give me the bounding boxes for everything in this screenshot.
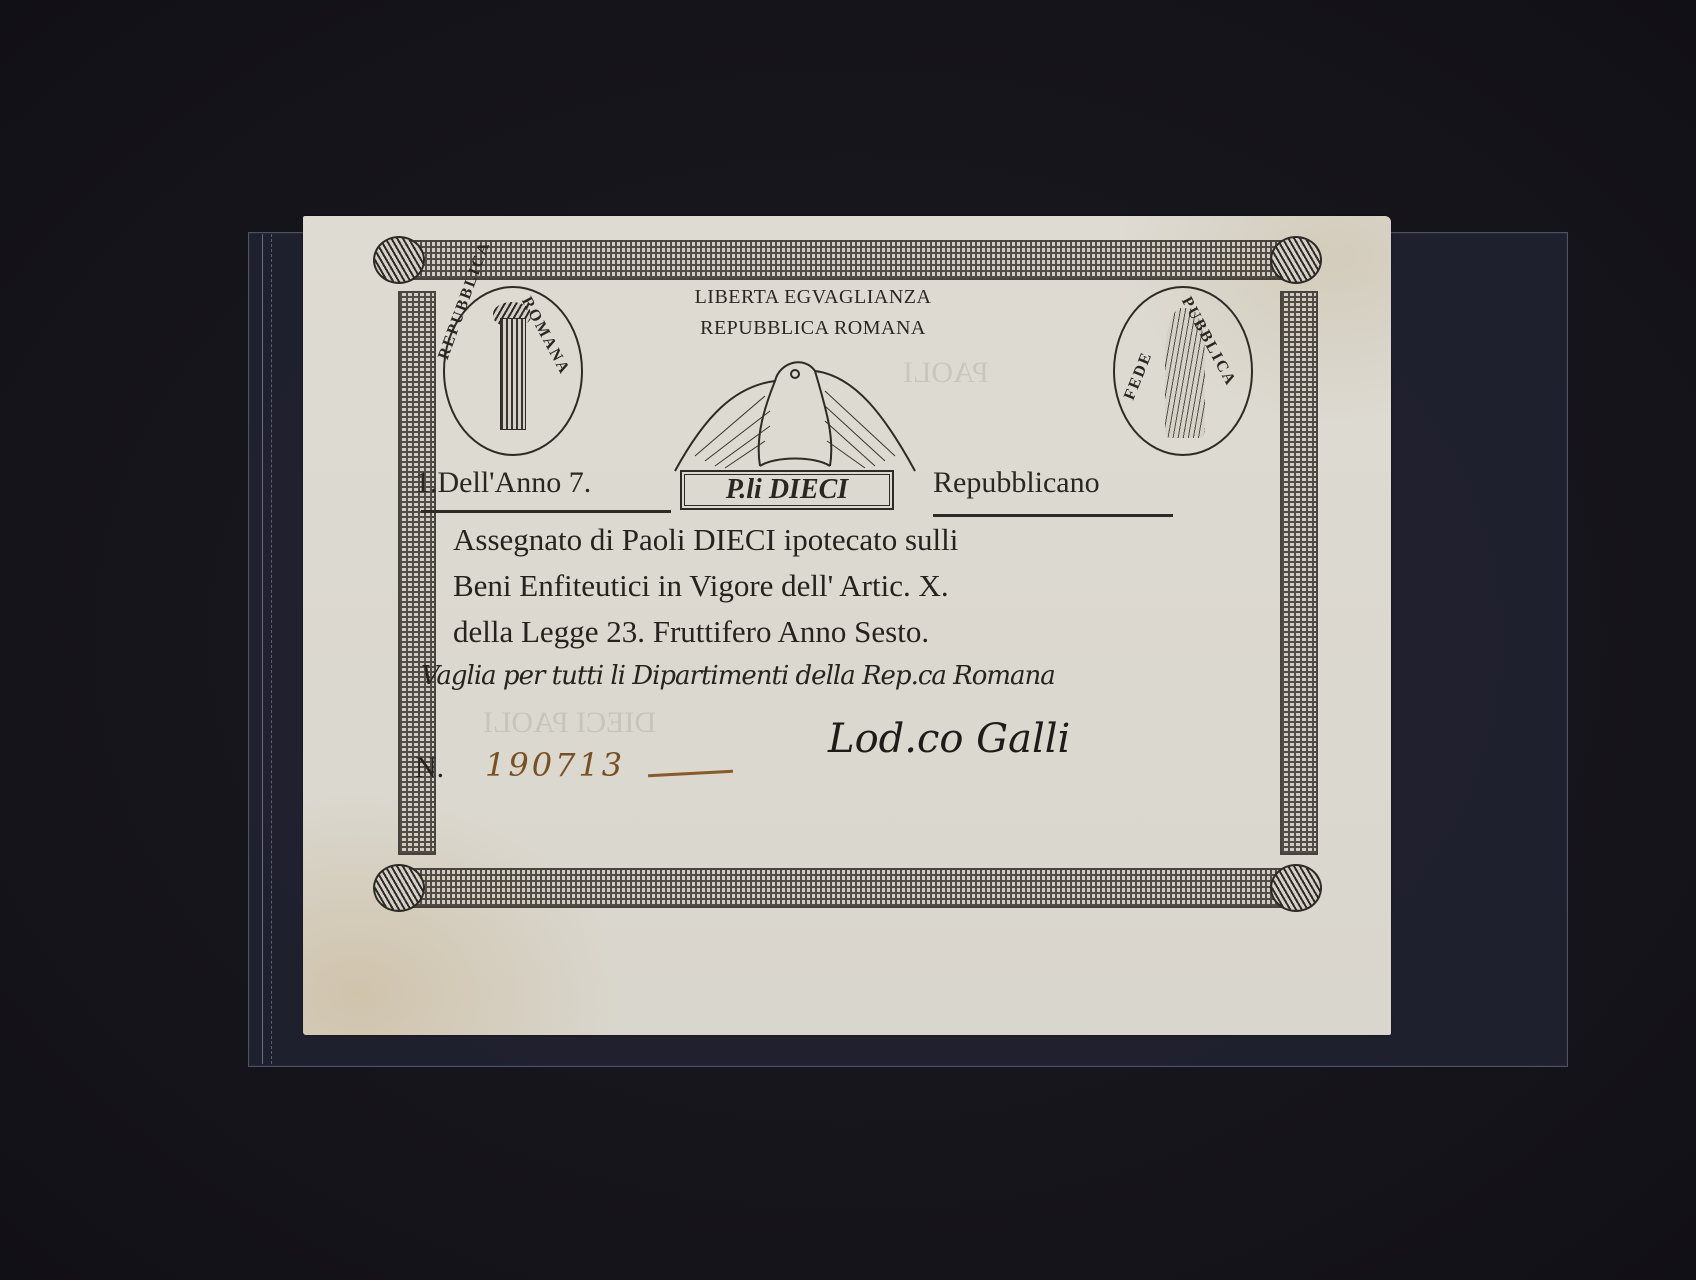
- denomination-box: P.li DIECI: [680, 470, 894, 510]
- rule-right: [933, 514, 1173, 517]
- body-line-1: Assegnato di Paoli DIECI ipotecato sulli: [453, 522, 958, 558]
- serial-label: N.: [415, 751, 444, 785]
- border-right-fasces: [1280, 291, 1318, 855]
- rule-left: [421, 510, 671, 513]
- corner-ornament-icon: [1270, 236, 1322, 284]
- corner-ornament-icon: [373, 864, 425, 912]
- corner-ornament-icon: [373, 236, 425, 284]
- show-through-text: DIECI PAOLI: [483, 706, 656, 740]
- body-line-2: Beni Enfiteutici in Vigore dell' Artic. …: [453, 568, 949, 604]
- border-bottom-fasces: [398, 868, 1282, 908]
- motto-line-2: REPUBBLICA ROMANA: [613, 317, 1013, 340]
- year-line: 1.Dell'Anno 7.: [415, 466, 591, 500]
- body-line-3: della Legge 23. Fruttifero Anno Sesto.: [453, 614, 929, 650]
- fasces-icon: [500, 318, 526, 430]
- sleeve-seam: [262, 234, 272, 1064]
- motto-line-1: LIBERTA EGVAGLIANZA: [613, 286, 1013, 309]
- border-top-fasces: [398, 240, 1282, 280]
- corner-ornament-icon: [1270, 864, 1322, 912]
- banknote: PAOLI DIECI PAOLI REPUBBLICA ROMANA FEDE…: [303, 216, 1391, 1035]
- republic-word: Repubblicano: [933, 466, 1100, 500]
- eagle-icon: [665, 356, 925, 476]
- handwritten-validity-line: Vaglia per tutti li Dipartimenti della R…: [421, 661, 1055, 691]
- signature: Lod.co Galli: [828, 716, 1070, 762]
- serial-dash: [648, 770, 733, 777]
- serial-number: 190713: [485, 746, 625, 784]
